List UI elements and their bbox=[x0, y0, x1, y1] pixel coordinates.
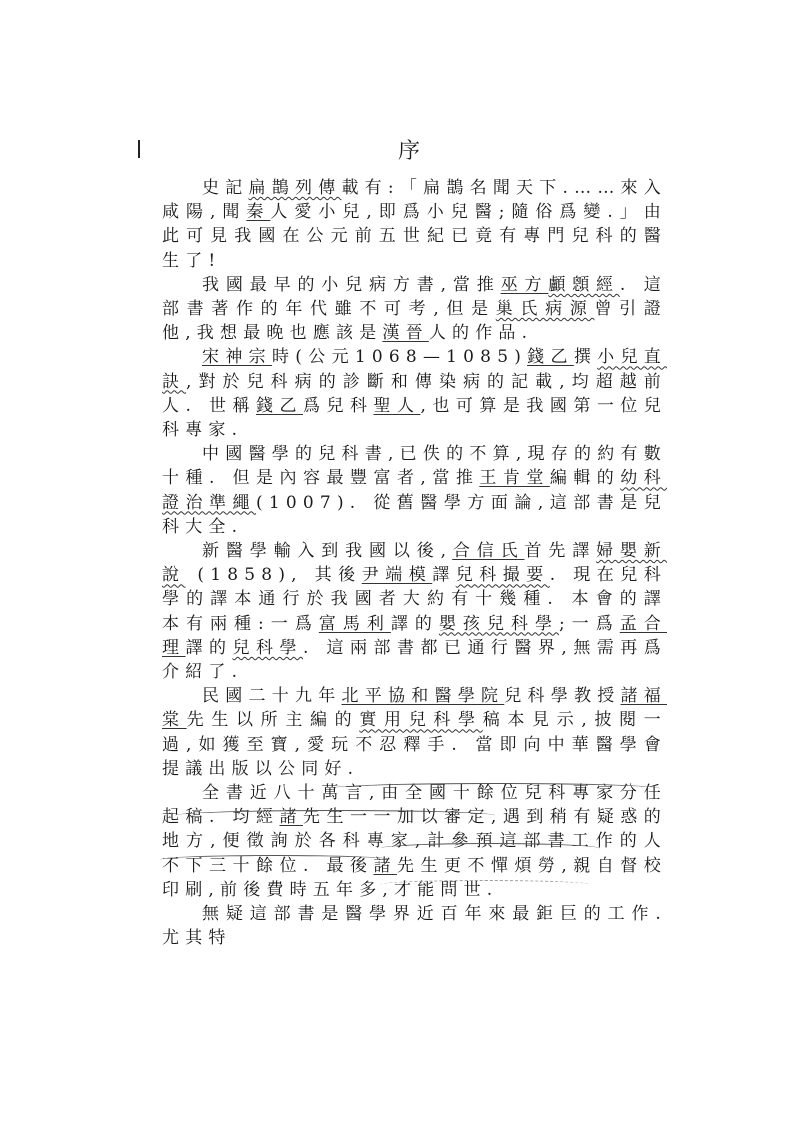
book-title-text: 實用兒科學 bbox=[359, 710, 482, 730]
text-segment: 我國最早的小兒病方書,當推 bbox=[202, 275, 501, 295]
proper-name-text: 秦 bbox=[246, 202, 270, 222]
paragraph: 宋神宗時(公元1068—1085)錢乙撰小兒直訣,對於兒科病的診斷和傳染病的記載… bbox=[162, 345, 667, 442]
proper-name-text: 合信氏 bbox=[452, 541, 524, 561]
text-segment: ;一爲 bbox=[559, 614, 620, 634]
pen-stroke bbox=[380, 843, 600, 854]
text-segment: 時(公元1068—1085) bbox=[272, 347, 527, 367]
text-segment: 無疑這部書是醫學界近百年來最鉅巨的工作. 尤其特 bbox=[162, 904, 667, 948]
paragraph: 我國最早的小兒病方書,當推巫方顱顖經. 這部書著作的年代雖不可考,但是巢氏病源曾… bbox=[162, 273, 667, 346]
preface-body: 史記扁鵲列傳載有:「扁鵲名聞天下.……來入咸陽,聞秦人愛小兒,即爲小兒醫;隨俗爲… bbox=[162, 176, 667, 951]
document-page: 序 史記扁鵲列傳載有:「扁鵲名聞天下.……來入咸陽,聞秦人愛小兒,即爲小兒醫;隨… bbox=[0, 0, 793, 1122]
proper-name-text: 漢晉 bbox=[382, 323, 428, 343]
margin-mark bbox=[138, 140, 140, 158]
proper-name-text: 錢乙 bbox=[256, 396, 303, 416]
proper-name-text: 富馬利 bbox=[319, 614, 391, 634]
text-segment: 爲兒科 bbox=[303, 396, 373, 416]
book-title-text: 巢氏病源 bbox=[496, 299, 595, 319]
pen-stroke bbox=[330, 783, 660, 794]
text-segment: 譯 bbox=[432, 565, 456, 585]
proper-name-text: 聖人 bbox=[373, 396, 420, 416]
paragraph: 中國醫學的兒科書,已佚的不算,現存的約有數十種. 但是內容最豐富者,當推王肯堂編… bbox=[162, 442, 667, 539]
proper-name-text: 北平協和醫學院 bbox=[342, 686, 505, 706]
text-segment: 譯的 bbox=[186, 638, 233, 658]
book-title-text: 顱顖經 bbox=[548, 275, 620, 295]
text-segment: 新醫學輸入到我國以後, bbox=[202, 541, 452, 561]
paragraph: 新醫學輸入到我國以後,合信氏首先譯婦嬰新說 (1858), 其後尹端模譯兒科撮要… bbox=[162, 539, 667, 684]
proper-name-text: 巫方 bbox=[501, 275, 549, 295]
pen-stroke bbox=[175, 810, 495, 821]
book-title-text: 嬰孩兒科學 bbox=[439, 614, 559, 634]
text-segment: 譯的 bbox=[391, 614, 439, 634]
paragraph: 史記扁鵲列傳載有:「扁鵲名聞天下.……來入咸陽,聞秦人愛小兒,即爲小兒醫;隨俗爲… bbox=[162, 176, 667, 273]
text-segment: 撰 bbox=[574, 347, 597, 367]
book-title-text: 扁鵲列傳 bbox=[248, 178, 341, 198]
proper-name-text: 錢乙 bbox=[527, 347, 574, 367]
text-segment: (1858), 其後 bbox=[186, 565, 362, 585]
proper-name-text: 尹端模 bbox=[362, 565, 433, 585]
text-segment: 史記 bbox=[202, 178, 248, 198]
pen-stroke bbox=[380, 880, 590, 889]
text-segment: 兒科學教授 bbox=[504, 686, 620, 706]
text-segment: 民國二十九年 bbox=[202, 686, 342, 706]
text-segment: 先生以所主編的 bbox=[187, 710, 360, 730]
book-title-text: 兒科學 bbox=[233, 638, 303, 658]
paragraph: 無疑這部書是醫學界近百年來最鉅巨的工作. 尤其特 bbox=[162, 902, 667, 950]
text-segment: 首先譯 bbox=[524, 541, 596, 561]
paragraph: 民國二十九年北平協和醫學院兒科學教授諸福棠先生以所主編的實用兒科學稿本見示,披閱… bbox=[162, 684, 667, 781]
proper-name-text: 宋神宗 bbox=[202, 347, 272, 367]
book-title-text: 兒科撮要 bbox=[456, 565, 550, 585]
proper-name-text: 王肯堂 bbox=[479, 468, 549, 488]
text-segment: 人的作品. bbox=[429, 323, 533, 343]
page-title: 序 bbox=[398, 134, 420, 165]
text-segment: 編輯的 bbox=[550, 468, 620, 488]
pen-stroke bbox=[160, 855, 390, 864]
